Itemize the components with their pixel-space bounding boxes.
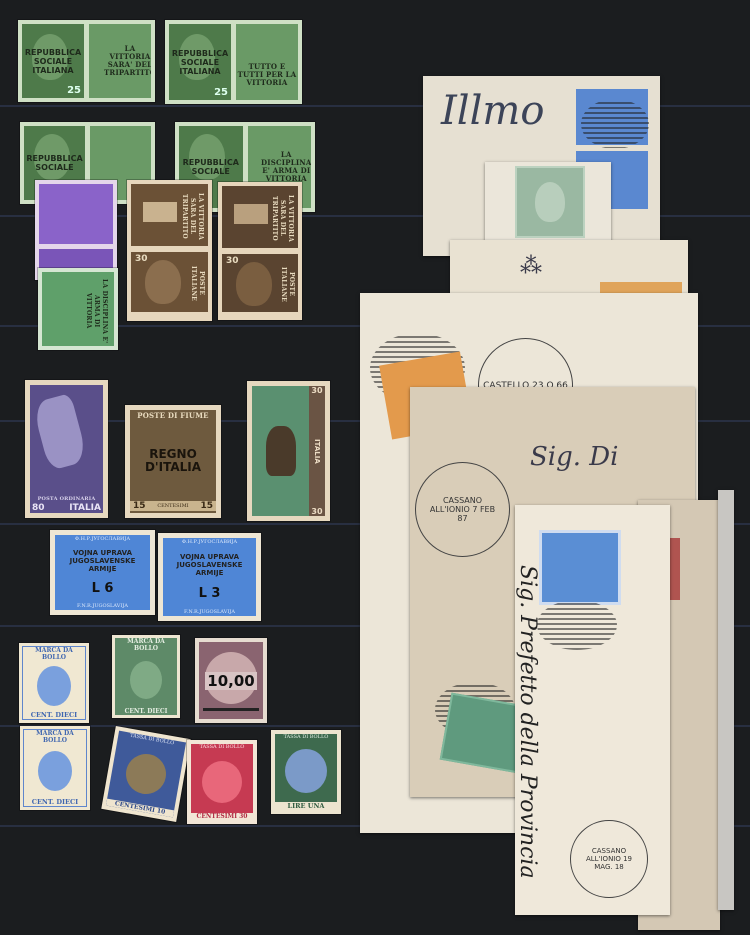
tassa-bollo-10[interactable]: TASSA DI BOLLO CENTESIMI 10	[101, 726, 190, 822]
footer-text: LIRE UNA	[275, 802, 337, 810]
handwriting: Sig. Prefetto della Provincia	[515, 565, 540, 879]
overprint-text: VOJNA UPRAVA JUGOSLAVENSKE ARMIJE	[170, 553, 249, 577]
blue-stamp[interactable]	[539, 530, 621, 605]
footer-text: CENTESIMI 10	[106, 799, 174, 818]
italia-30-angels[interactable]: 30 ITALIA 30	[247, 381, 330, 521]
value: 30	[226, 256, 239, 266]
cover-fragment-6[interactable]: Sig. Prefetto della Provincia CASSANO AL…	[515, 505, 670, 915]
tassa-bollo-lire-una[interactable]: TASSA DI BOLLO LIRE UNA	[271, 730, 341, 814]
value: 30	[311, 386, 322, 395]
propaganda-label: LA DISCIPLINA E' ARMA DI VITTORIA	[261, 151, 311, 183]
footer-text: CENTESIMI 30	[191, 813, 253, 820]
value: 15	[200, 501, 213, 511]
overprint-text: REPUBBLICA SOCIALE ITALIANA	[169, 49, 231, 76]
header-text: MARCA DA BOLLO	[23, 647, 85, 661]
tassa-bollo-30[interactable]: TASSA DI BOLLO CENTESIMI 30	[187, 740, 257, 824]
value: L 6	[92, 581, 114, 596]
propaganda-label: LA VITTORIA SARA DEL TRIPARTITO	[270, 189, 294, 248]
marca-da-bollo-blue-2[interactable]: MARCA DA BOLLO CENT. DIECI	[20, 726, 90, 810]
brown-pair-2[interactable]: LA VITTORIA SARA DEL TRIPARTITO 30 POSTE…	[218, 182, 302, 320]
header-text: MARCA DA BOLLO	[115, 638, 177, 652]
footer-text: F.N.R.JUGOSLAVIJA	[77, 603, 128, 609]
header-text: Ф.Н.Р.ЈУГОСЛАВИЈА	[75, 536, 130, 542]
value: 80	[32, 503, 45, 513]
overprint-text: VOJNA UPRAVA JUGOSLAVENSKE ARMIJE	[62, 549, 143, 573]
propaganda-label: LA VITTORIA SARA' DEL TRIPARTITO	[104, 45, 151, 77]
blue-stamp-top[interactable]	[573, 86, 651, 148]
marca-da-bollo-green[interactable]: MARCA DA BOLLO CENT. DIECI	[112, 635, 180, 718]
italy-map-stamp[interactable]: POSTA ORDINARIA 80 ITALIA	[25, 380, 108, 518]
value: 30	[311, 507, 322, 516]
propaganda-label: LA VITTORIA SARA DEL TRIPARTITO	[180, 187, 204, 246]
country-label: POSTE ITALIANE	[189, 255, 205, 312]
header-text: POSTE DI FIUME	[137, 412, 208, 420]
overprint-text: REPUBBLICA SOCIALE	[179, 158, 243, 176]
revenue-10-00[interactable]: 10,00	[195, 638, 267, 723]
yugoslavia-overprint-6[interactable]: Ф.Н.Р.ЈУГОСЛАВИЈА VOJNA UPRAVA JUGOSLAVE…	[50, 530, 155, 615]
green-propaganda[interactable]: LA DISCIPLINA E' ARMA DI VITTORIA	[38, 268, 118, 350]
violet-propaganda[interactable]	[35, 180, 117, 280]
header-text: TASSA DI BOLLO	[200, 744, 245, 750]
footer-text: CENT. DIECI	[31, 711, 77, 719]
footer-text: CENT. DIECI	[32, 798, 78, 806]
value: 25	[67, 85, 81, 96]
marca-da-bollo-blue-1[interactable]: MARCA DA BOLLO CENT. DIECI	[19, 643, 89, 723]
rsi-propaganda-pair-2[interactable]: REPUBBLICA SOCIALE ITALIANA 25 TUTTO E T…	[165, 20, 302, 104]
propaganda-label: LA DISCIPLINA E' ARMA DI VITTORIA	[84, 276, 108, 346]
value: 30	[135, 254, 148, 264]
fiume-regno-italia[interactable]: POSTE DI FIUME REGNO D'ITALIA 15 CENTESI…	[125, 405, 221, 518]
overprint-text: REGNO D'ITALIA	[143, 448, 203, 474]
footer-text: CENT. DIECI	[125, 708, 168, 715]
propaganda-label: TUTTO E TUTTI PER LA VITTORIA	[236, 63, 298, 87]
header-text: TASSA DI BOLLO	[284, 734, 329, 740]
country-label: ITALIA	[69, 503, 101, 513]
country-label: ITALIA	[313, 439, 321, 464]
overprint-text: REPUBBLICA SOCIALE ITALIANA	[22, 48, 84, 75]
country-label: POSTE ITALIANE	[279, 257, 295, 312]
value: 25	[214, 87, 228, 98]
rsi-propaganda-pair-1[interactable]: REPUBBLICA SOCIALE ITALIANA 25 LA VITTOR…	[18, 20, 155, 102]
header-text: POSTA ORDINARIA	[38, 495, 96, 503]
green-imperf-stamp[interactable]	[515, 166, 585, 238]
handwriting: Illmo	[441, 88, 544, 134]
value: L 3	[199, 586, 221, 601]
handwriting: Sig. Di	[530, 442, 618, 472]
header-text: MARCA DA BOLLO	[24, 730, 86, 744]
overprint-text: REPUBBLICA SOCIALE	[24, 154, 85, 172]
slip-edge	[718, 490, 734, 910]
postmark-cassano-1887: CASSANO ALL'IONIO 7 FEB 87	[415, 462, 510, 557]
postmark-cassano-19-mag: CASSANO ALL'IONIO 19 MAG. 18	[570, 820, 648, 898]
yugoslavia-overprint-3[interactable]: Ф.Н.Р.ЈУГОСЛАВИЈА VOJNA UPRAVA JUGOSLAVE…	[158, 533, 261, 621]
cover-fragment-2[interactable]	[485, 162, 611, 242]
footer-text: F.N.R.JUGOSLAVIJA	[184, 609, 235, 615]
ink-blot: ⁂	[520, 254, 542, 279]
value: 10,00	[205, 672, 256, 690]
denomination: CENTESIMI	[157, 503, 188, 509]
brown-pair-1[interactable]: LA VITTORIA SARA DEL TRIPARTITO 30 POSTE…	[127, 180, 212, 321]
header-text: Ф.Н.Р.ЈУГОСЛАВИЈА	[182, 539, 237, 545]
value: 15	[133, 501, 146, 511]
header-text: TASSA DI BOLLO	[129, 733, 174, 747]
